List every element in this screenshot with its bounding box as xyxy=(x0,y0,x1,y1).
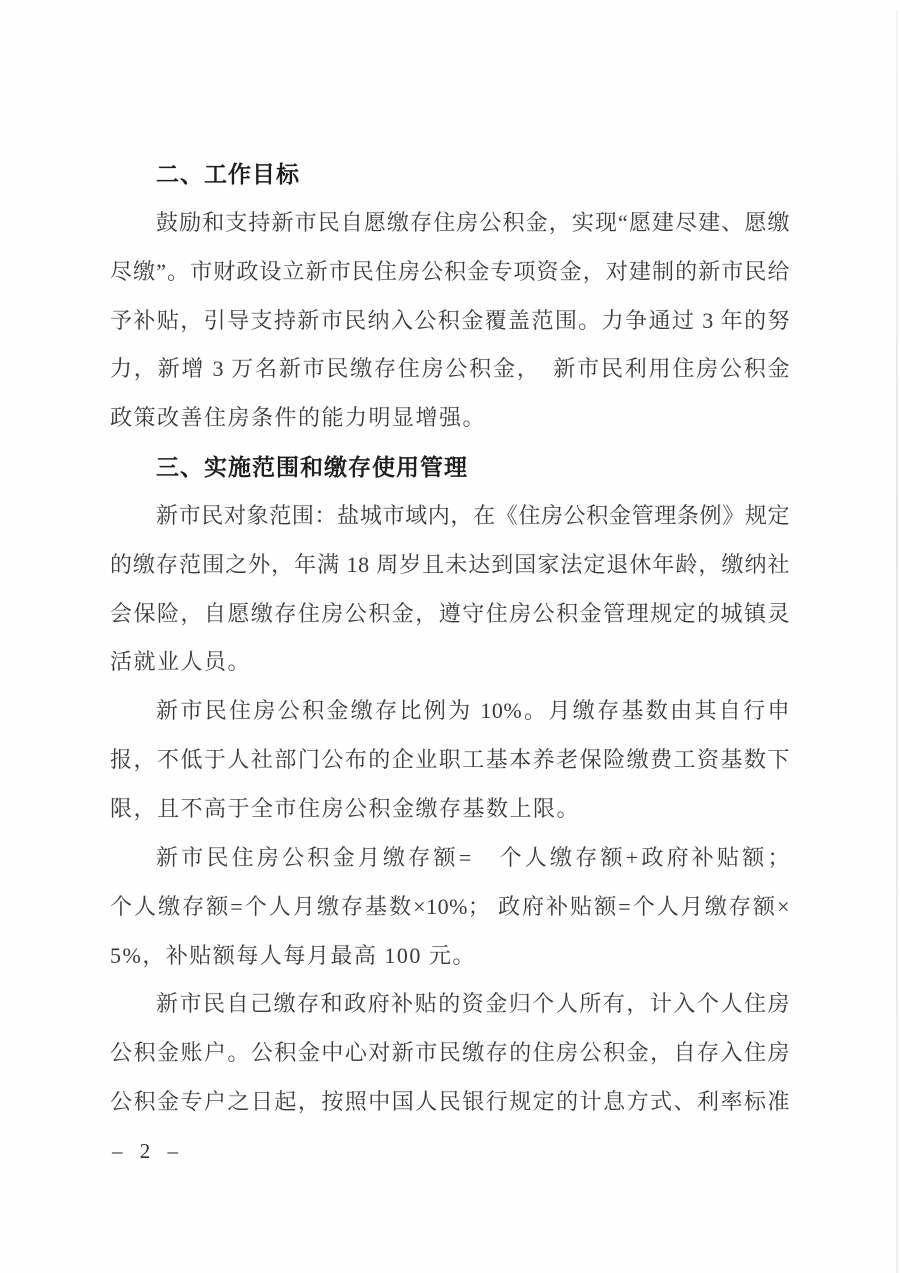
document-page: 二、工作目标 鼓励和支持新市民自愿缴存住房公积金，实现“愿建尽建、愿缴 尽缴”。… xyxy=(0,0,900,1273)
scan-edge-artifact xyxy=(896,10,898,1273)
text-line: 新市民自己缴存和政府补贴的资金归个人所有，计入个人住房 xyxy=(110,980,790,1029)
text-line: 鼓励和支持新市民自愿缴存住房公积金，实现“愿建尽建、愿缴 xyxy=(110,199,790,248)
text-line: 个人缴存额=个人月缴存基数×10%； 政府补贴额=个人月缴存额× xyxy=(110,883,790,932)
page-number: – 2 – xyxy=(110,1127,790,1176)
text-line: 新市民对象范围：盐城市域内，在《住房公积金管理条例》规定 xyxy=(110,492,790,541)
text-line: 政策改善住房条件的能力明显增强。 xyxy=(110,394,790,443)
text-line: 报，不低于人社部门公布的企业职工基本养老保险缴费工资基数下 xyxy=(110,736,790,785)
text-line: 限，且不高于全市住房公积金缴存基数上限。 xyxy=(110,785,790,834)
text-line: 5%，补贴额每人每月最高 100 元。 xyxy=(110,932,790,981)
text-line: 尽缴”。市财政设立新市民住房公积金专项资金，对建制的新市民给 xyxy=(110,248,790,297)
text-line: 的缴存范围之外，年满 18 周岁且未达到国家法定退休年龄，缴纳社 xyxy=(110,541,790,590)
text-line: 会保险，自愿缴存住房公积金，遵守住房公积金管理规定的城镇灵 xyxy=(110,590,790,639)
section-heading-work-goals: 二、工作目标 xyxy=(110,150,790,199)
text-line: 予补贴，引导支持新市民纳入公积金覆盖范围。力争通过 3 年的努 xyxy=(110,297,790,346)
section-heading-scope-management: 三、实施范围和缴存使用管理 xyxy=(110,443,790,492)
text-line: 公积金专户之日起，按照中国人民银行规定的计息方式、利率标准 xyxy=(110,1078,790,1127)
text-line: 新市民住房公积金月缴存额= 个人缴存额+政府补贴额； xyxy=(110,834,790,883)
text-line: 新市民住房公积金缴存比例为 10%。月缴存基数由其自行申 xyxy=(110,687,790,736)
text-line: 力，新增 3 万名新市民缴存住房公积金， 新市民利用住房公积金 xyxy=(110,345,790,394)
text-line: 公积金账户。公积金中心对新市民缴存的住房公积金，自存入住房 xyxy=(110,1029,790,1078)
document-body: 二、工作目标 鼓励和支持新市民自愿缴存住房公积金，实现“愿建尽建、愿缴 尽缴”。… xyxy=(110,150,790,1176)
text-line: 活就业人员。 xyxy=(110,638,790,687)
